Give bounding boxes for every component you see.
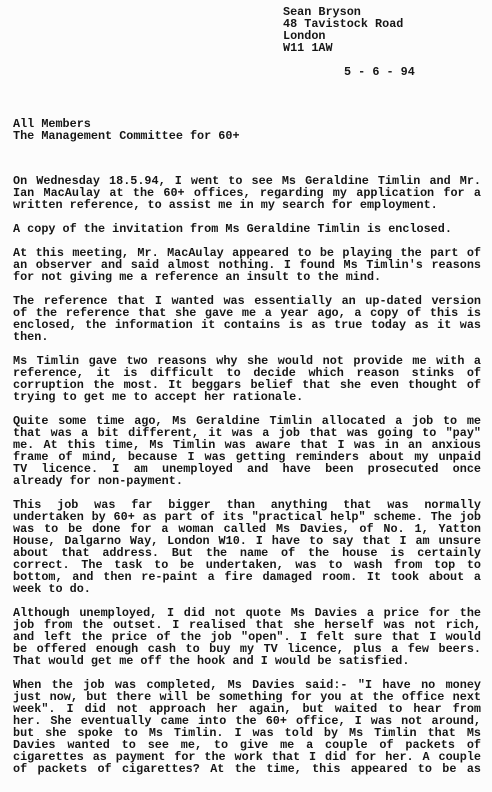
paragraph: A copy of the invitation from Ms Geraldi…: [13, 223, 481, 235]
paragraph-line: for not giving me a reference an insult …: [13, 271, 481, 283]
letter-body: On Wednesday 18.5.94, I went to see Ms G…: [0, 175, 492, 775]
paragraph-line: trying to get me to accept her rationale…: [13, 391, 481, 403]
paragraph-line: of packets of cigarettes? At the time, t…: [13, 763, 481, 775]
paragraph-line: written reference, to assist me in my se…: [13, 199, 481, 211]
paragraph-line: already for non-payment.: [13, 475, 481, 487]
paragraph-line: enclosed, the information it contains is…: [13, 319, 481, 331]
paragraph: On Wednesday 18.5.94, I went to see Ms G…: [13, 175, 481, 211]
sender-postcode: W11 1AW: [283, 42, 492, 54]
sender-address-block: Sean Bryson 48 Tavistock Road London W11…: [283, 6, 492, 54]
paragraph: Ms Timlin gave two reasons why she would…: [13, 355, 481, 403]
paragraph-line: week to do.: [13, 583, 481, 595]
paragraph-line: That would get me off the hook and I wou…: [13, 655, 481, 667]
letter-page: Sean Bryson 48 Tavistock Road London W11…: [0, 0, 492, 792]
paragraph: Quite some time ago, Ms Geraldine Timlin…: [13, 415, 481, 487]
letter-date: 5 - 6 - 94: [344, 66, 492, 78]
recipient-line: The Management Committee for 60+: [13, 130, 492, 142]
paragraph: Although unemployed, I did not quote Ms …: [13, 607, 481, 667]
paragraph: At this meeting, Mr. MacAulay appeared t…: [13, 247, 481, 283]
paragraph-line: A copy of the invitation from Ms Geraldi…: [13, 223, 481, 235]
paragraph: This job was far bigger than anything th…: [13, 499, 481, 595]
paragraph-line: then.: [13, 331, 481, 343]
paragraph: The reference that I wanted was essentia…: [13, 295, 481, 343]
paragraph: When the job was completed, Ms Davies sa…: [13, 679, 481, 775]
recipient-block: All Members The Management Committee for…: [13, 118, 492, 142]
